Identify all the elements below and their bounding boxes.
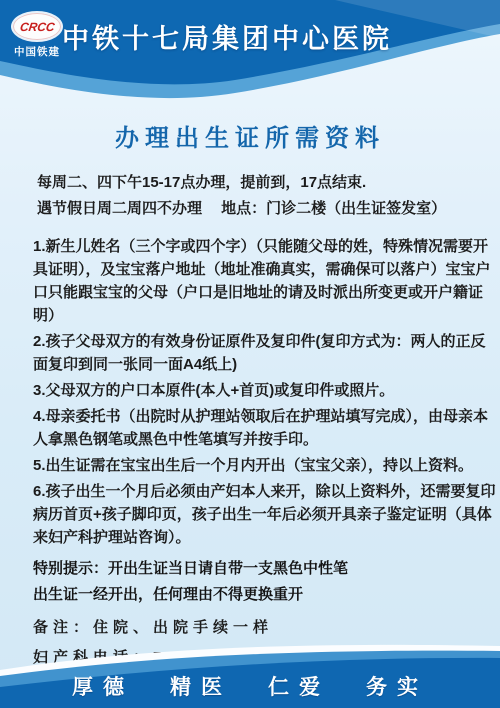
special-note-1: 特别提示：开出生证当日请自带一支黑色中性笔: [33, 556, 494, 582]
requirement-item-4: 4.母亲委托书（出院时从护理站领取后在护理站填写完成），由母亲本人拿黑色钢笔或黑…: [33, 405, 496, 451]
schedule-line-2: 遇节假日周二周四不办理 地点：门诊二楼（出生证签发室）: [37, 196, 490, 222]
schedule-line-1: 每周二、四下午15-17点办理，提前到，17点结束.: [37, 170, 490, 196]
requirement-item-6: 6.孩子出生一个月后必须由产妇本人来开，除以上资料外，还需要复印病历首页+孩子脚…: [33, 480, 496, 549]
footer-banner: 厚德 精医 仁爱 务实: [0, 640, 500, 708]
notice-poster: CRCC 中国铁建 中铁十七局集团中心医院 办理出生证所需资料 每周二、四下午1…: [0, 0, 500, 708]
motto-word-1: 厚德: [72, 671, 134, 701]
schedule-block: 每周二、四下午15-17点办理，提前到，17点结束. 遇节假日周二周四不办理 地…: [0, 170, 500, 222]
requirement-item-5: 5.出生证需在宝宝出生后一个月内开出（宝宝父亲），持以上资料。: [33, 454, 496, 477]
motto-word-4: 务实: [366, 671, 428, 701]
requirement-item-3: 3.父母双方的户口本原件(本人+首页)或复印件或照片。: [33, 379, 496, 402]
remarks-line: 备注：住院、出院手续一样: [0, 616, 500, 637]
motto-word-3: 仁爱: [268, 671, 330, 701]
requirement-list: 1.新生儿姓名（三个字或四个字）（只能随父母的姓，特殊情况需要开具证明），及宝宝…: [0, 235, 500, 549]
requirement-item-1: 1.新生儿姓名（三个字或四个字）（只能随父母的姓，特殊情况需要开具证明），及宝宝…: [33, 235, 496, 327]
special-notes-block: 特别提示：开出生证当日请自带一支黑色中性笔 出生证一经开出，任何理由不得更换重开: [0, 556, 500, 608]
requirement-item-2: 2.孩子父母双方的有效身份证原件及复印件(复印方式为：两人的正反面复印到同一张同…: [33, 330, 496, 376]
footer-motto: 厚德 精医 仁爱 务实: [0, 671, 500, 701]
page-title: 办理出生证所需资料: [0, 118, 500, 153]
special-note-2: 出生证一经开出，任何理由不得更换重开: [33, 582, 494, 608]
notice-content: 办理出生证所需资料 每周二、四下午15-17点办理，提前到，17点结束. 遇节假…: [0, 0, 500, 667]
motto-word-2: 精医: [170, 671, 232, 701]
